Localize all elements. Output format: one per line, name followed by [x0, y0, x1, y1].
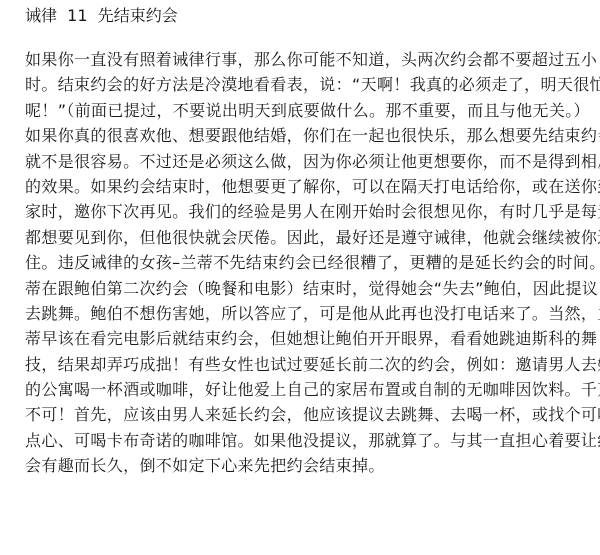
- body-text: 如果你一直没有照着诫律行事，那么你可能不知道，头两次约会都不要超过五小 时。结束…: [25, 47, 585, 479]
- text-line: 都想要见到你，但他很快就会厌倦。因此，最好还是遵守诫律，他就会继续被你迷: [25, 225, 585, 250]
- text-line: 住。违反诫律的女孩–兰蒂不先结束约会已经很糟了，更糟的是延长约会的时间。兰: [25, 250, 585, 275]
- text-line: 去跳舞。鲍伯不想伤害她，所以答应了，可是他从此再也没打电话来了。当然，兰: [25, 301, 585, 326]
- text-line: 呢！”（前面已提过，不要说出明天到底要做什么。那不重要，而且与他无关。）: [25, 98, 585, 123]
- text-line: 会有趣而长久，倒不如定下心来先把约会结束掉。: [25, 453, 585, 478]
- text-line: 蒂早该在看完电影后就结束约会，但她想让鲍伯开开眼界，看看她跳迪斯科的舞: [25, 326, 585, 351]
- text-line: 点心、可喝卡布奇诺的咖啡馆。如果他没提议，那就算了。与其一直担心着要让约: [25, 428, 585, 453]
- text-line: 技，结果却弄巧成拙！有些女性也试过要延长前二次的约会，例如：邀请男人去她: [25, 352, 585, 377]
- text-line: 不可！首先，应该由男人来延长约会，他应该提议去跳舞、去喝一杯，或找个可吃: [25, 402, 585, 427]
- text-line: 时。结束约会的好方法是冷漠地看看表，说：“天啊！我真的必须走了，明天很忙: [25, 72, 585, 97]
- text-line: 蒂在跟鲍伯第二次约会（晚餐和电影）结束时，觉得她会“失去”鲍伯，因此提议: [25, 276, 585, 301]
- text-line: 如果你一直没有照着诫律行事，那么你可能不知道，头两次约会都不要超过五小: [25, 47, 585, 72]
- text-line: 就不是很容易。不过还是必须这么做，因为你必须让他更想要你，而不是得到相反: [25, 149, 585, 174]
- text-line: 的效果。如果约会结束时，他想要更了解你，可以在隔天打电话给你，或在送你到: [25, 174, 585, 199]
- text-line: 如果你真的很喜欢他、想要跟他结婚，你们在一起也很快乐，那么想要先结束约会: [25, 123, 585, 148]
- page-title: 诫律 11 先结束约会: [25, 5, 178, 27]
- text-line: 的公寓喝一杯酒或咖啡，好让他爱上自己的家居布置或自制的无咖啡因饮料。千万: [25, 377, 585, 402]
- text-line: 家时，邀你下次再见。我们的经验是男人在刚开始时会很想见你，有时几乎是每天: [25, 199, 585, 224]
